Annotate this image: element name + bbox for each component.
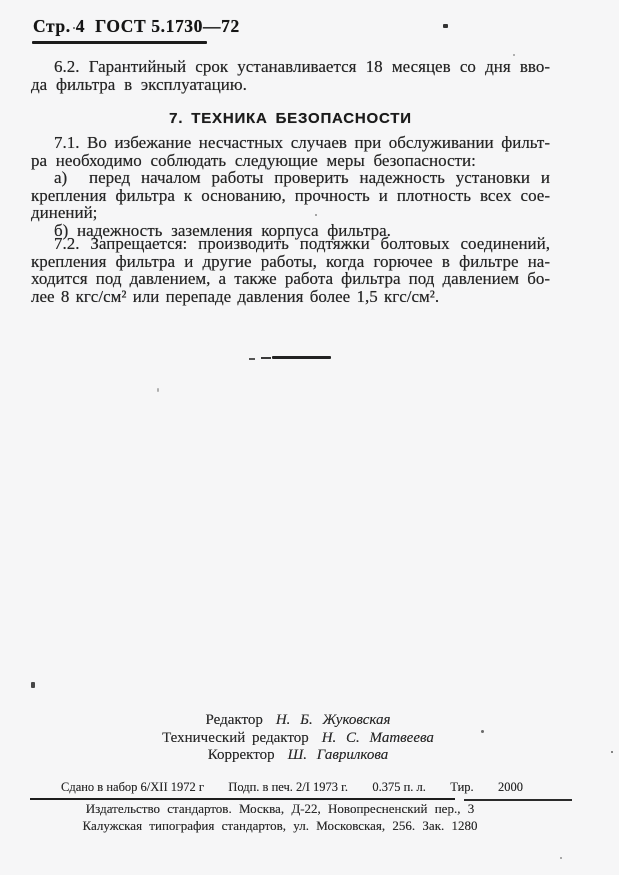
editor-line: КорректорШ. Гаврилкова bbox=[31, 747, 565, 765]
scan-speck bbox=[31, 682, 35, 688]
section-7-title: 7. ТЕХНИКА БЕЗОПАСНОСТИ bbox=[31, 110, 550, 127]
scan-speck bbox=[513, 54, 515, 56]
printer-address: Калужская типография стандартов, ул. Мос… bbox=[40, 818, 520, 835]
running-head: Стр. 4ГОСТ 5.1730—72 bbox=[33, 16, 240, 37]
page-number-label: Стр. 4 bbox=[33, 16, 85, 36]
running-head-underline bbox=[32, 41, 207, 44]
body-line: 7.1. Во избежание несчастных случаев при… bbox=[31, 134, 550, 152]
publisher-block: Издательство стандартов. Москва, Д-22, Н… bbox=[40, 801, 520, 834]
body-line: 7.2. Запрещается: производить подтяжки б… bbox=[31, 235, 550, 253]
scan-speck bbox=[73, 27, 75, 29]
editor-role: Редактор bbox=[205, 712, 262, 728]
body-line: ра необходимо соблюдать следующие меры б… bbox=[31, 152, 550, 170]
body-line: лее 8 кгс/см² или перепаде давления боле… bbox=[31, 288, 550, 306]
imprint-typeset-date: Сдано в набор 6/XII 1972 г bbox=[61, 780, 204, 794]
scan-speck bbox=[481, 730, 484, 733]
publisher-address: Издательство стандартов. Москва, Д-22, Н… bbox=[40, 801, 520, 818]
imprint-tirazh-label: Тир. bbox=[450, 780, 473, 794]
scan-speck bbox=[157, 388, 159, 392]
editor-name: Н. С. Матвеева bbox=[322, 730, 434, 746]
separator-dash bbox=[261, 357, 271, 359]
scan-speck bbox=[560, 857, 562, 859]
colophon-editors: РедакторН. Б. Жуковская Технический реда… bbox=[31, 712, 565, 765]
imprint-tirazh-value: 2000 bbox=[498, 780, 523, 794]
scan-speck bbox=[611, 751, 613, 753]
separator-rule bbox=[272, 356, 331, 359]
body-line: а) перед началом работы проверить надежн… bbox=[31, 169, 550, 187]
separator-dash bbox=[249, 358, 255, 360]
imprint-print-date: Подп. в печ. 2/I 1973 г. bbox=[228, 780, 348, 794]
editor-line: РедакторН. Б. Жуковская bbox=[31, 712, 565, 730]
body-line: 6.2. Гарантийный срок устанавливается 18… bbox=[31, 58, 550, 76]
clause-6-2: 6.2. Гарантийный срок устанавливается 18… bbox=[31, 58, 550, 93]
doc-number: ГОСТ 5.1730—72 bbox=[95, 16, 240, 36]
imprint-line: Сдано в набор 6/XII 1972 г Подп. в печ. … bbox=[61, 780, 523, 794]
scan-speck bbox=[315, 214, 317, 216]
body-line: динений; bbox=[31, 204, 550, 222]
editor-name: Ш. Гаврилкова bbox=[288, 747, 389, 763]
scan-speck bbox=[443, 24, 448, 28]
editor-role: Корректор bbox=[208, 747, 275, 763]
clause-7-2: 7.2. Запрещается: производить подтяжки б… bbox=[31, 235, 550, 305]
document-page: Стр. 4ГОСТ 5.1730—72 6.2. Гарантийный ср… bbox=[0, 0, 619, 875]
clause-7-1: 7.1. Во избежание несчастных случаев при… bbox=[31, 134, 550, 239]
body-line: крепления фильтра к основанию, прочность… bbox=[31, 187, 550, 205]
imprint-sheets: 0.375 п. л. bbox=[372, 780, 426, 794]
editor-role: Технический редактор bbox=[162, 730, 309, 746]
editor-line: Технический редакторН. С. Матвеева bbox=[31, 730, 565, 748]
body-line: да фильтра в эксплуатацию. bbox=[31, 76, 550, 94]
footer-rule bbox=[30, 798, 455, 800]
body-line: крепления фильтра и другие работы, когда… bbox=[31, 253, 550, 271]
editor-name: Н. Б. Жуковская bbox=[276, 712, 391, 728]
body-line: ходится под давлением, а также работа фи… bbox=[31, 270, 550, 288]
